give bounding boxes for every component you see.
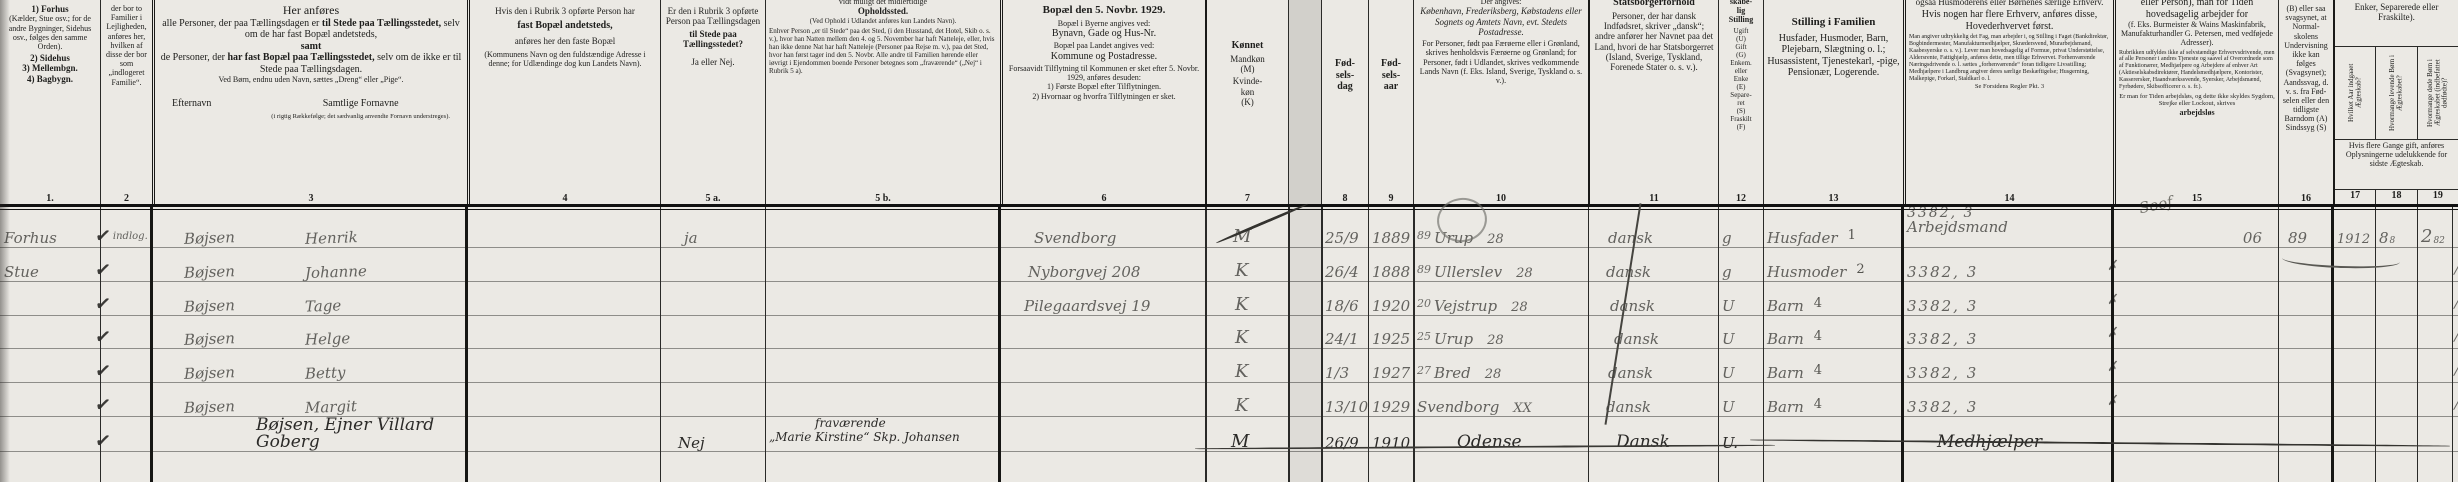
- cell-name: BøjsenJohanne: [152, 248, 467, 281]
- col12-l3: Gift: [1722, 43, 1760, 51]
- marriage-group-note: Hvis flere Gange gift, anføres Oplysning…: [2335, 139, 2458, 189]
- col-2-header-lodger-family: der bor to Familier i Lejligheden, anfør…: [100, 0, 152, 205]
- checkmark: ✓: [94, 226, 112, 247]
- cell-marital: g: [1718, 210, 1763, 247]
- cell-family-check: ✓: [100, 248, 152, 281]
- col4-l4: (Kommunens Navn og den fuldstændige Adre…: [473, 50, 657, 68]
- col4-l2: fast Bopæl andetsteds,: [473, 20, 657, 32]
- col5a-l1: Er den i Rubrik 3 opførte Person paa Tæl…: [664, 6, 762, 27]
- cell-birthyear: 1920: [1368, 282, 1413, 315]
- cell-birthplace: Odense: [1413, 417, 1588, 452]
- cell-occupation-code: 3382, 3✗: [1903, 248, 2113, 281]
- col1-number: 1.: [0, 193, 100, 205]
- col5b-l2: (Ved Ophold i Udlandet anføres kun Lande…: [769, 17, 997, 25]
- column-line: [1718, 205, 1719, 482]
- census-form-sheet: 1) Forhus (Kælder, Stue osv.; for de and…: [0, 0, 2458, 482]
- col17-rotated-label: Hvilket Aar indgaaet Ægteskab?: [2335, 47, 2375, 139]
- col13-title: Stilling i Familien: [1767, 16, 1900, 29]
- column-line: [2278, 205, 2279, 482]
- col10-number: 10: [1414, 193, 1588, 205]
- lodger-note: indlog.: [113, 232, 148, 242]
- cell-citizenship: dansk: [1588, 248, 1718, 281]
- cell-address: Nyborgvej 208: [1000, 248, 1205, 281]
- cell-sex: K: [1205, 316, 1288, 348]
- cell-family-position: Barn4: [1763, 282, 1903, 315]
- cell-marriage-year: 1912: [2333, 210, 2375, 247]
- cell-citizenship: dansk: [1588, 316, 1718, 348]
- col3-l4b: har fast Bopæl paa Tællingsstedet,: [227, 52, 374, 63]
- col-11-header-citizenship: Statsborgerforhold Personer, der har dan…: [1588, 0, 1718, 205]
- checkmark: ✓: [94, 361, 112, 382]
- col11-title: Statsborgerforhold: [1593, 0, 1715, 9]
- col8-number: 8: [1322, 193, 1368, 205]
- cell-occupation-code: 3382, 3✗: [1903, 282, 2113, 315]
- col9-number: 9: [1369, 193, 1413, 205]
- col-8-header-birthday: Fød- sels- dag 8: [1321, 0, 1368, 205]
- col-14-header-occupation: ogsaa Husmoderens eller Børnenes særlige…: [1903, 0, 2113, 205]
- col6-title: Bopæl den 5. Novbr. 1929.: [1006, 4, 1202, 17]
- col11-l1: Personer, der har dansk Indfødsret, skri…: [1593, 11, 1715, 73]
- cell-family-position: Husfader1: [1763, 210, 1903, 247]
- form-header: 1) Forhus (Kælder, Stue osv.; for de and…: [0, 0, 2458, 205]
- cell-family-check: ✓: [100, 417, 152, 452]
- cell-name: BøjsenHelge: [152, 316, 467, 348]
- table-row: [0, 452, 2458, 482]
- col-7-header-sex: Kønnet Mandkøn (M) Kvinde- køn (K) 7: [1205, 0, 1288, 205]
- col12-l11: (S): [1722, 107, 1760, 115]
- column-line: [2452, 205, 2453, 482]
- col-4-header-permanent-residence: Hvis den i Rubrik 3 opførte Person har f…: [467, 0, 660, 205]
- cell-birthyear: 1889: [1368, 210, 1413, 247]
- col7-l4: køn: [1210, 87, 1285, 97]
- col12-l6: eller: [1722, 67, 1760, 75]
- col14-fine: Man angiver udtrykkelig det Fag, man arb…: [1909, 34, 2110, 82]
- checkmark: ✓: [94, 327, 112, 348]
- col7-l2: (M): [1210, 64, 1285, 74]
- col-12-header-marital-status: skabe- lig Stilling Ugift (U) Gift (G) E…: [1718, 0, 1763, 205]
- col11-number: 11: [1590, 193, 1718, 205]
- table-row: Forhus ✓indlog. BøjsenHenrik ja Svendbor…: [0, 210, 2458, 248]
- cell-citizenship: Dansk: [1588, 417, 1718, 452]
- cell-birthplace: 89Urup28: [1413, 210, 1588, 247]
- cell-sex: K: [1205, 383, 1288, 416]
- spacer-column-shading: [1288, 0, 1321, 482]
- cell-citizenship: dansk: [1588, 383, 1718, 416]
- col13-l1: Husfader, Husmoder, Barn, Plejebarn, Slæ…: [1767, 33, 1900, 79]
- col14-number: 14: [1906, 193, 2113, 205]
- col6-l2: Bynavn, Gade og Hus-Nr.: [1006, 28, 1202, 40]
- col12-l2: (U): [1722, 35, 1760, 43]
- col-5b-header-whereabouts: vidt muligt det midlertidige Opholdssted…: [765, 0, 1000, 205]
- cell-address: Pilegaardsvej 19: [1000, 282, 1205, 315]
- column-line: [1321, 205, 1323, 482]
- table-row: Stue ✓ BøjsenJohanne Nyborgvej 208 K 26/…: [0, 248, 2458, 282]
- column-line: [1368, 205, 1369, 482]
- checkmark: ✓: [94, 395, 112, 416]
- column-line: [1763, 205, 1764, 482]
- cell-birthyear: 1910: [1368, 417, 1413, 452]
- cell-name: Bøjsen, Ejner Villard Goberg: [152, 417, 467, 452]
- table-row: ✓ BøjsenHelge K 24/1 1925 25Urup28 dansk…: [0, 316, 2458, 349]
- cell-birthday: 18/6: [1321, 282, 1368, 315]
- col9-l2: sels-: [1372, 70, 1410, 82]
- marriage-group-title: Enker, Separerede eller Fraskilte).: [2335, 0, 2458, 46]
- col12-l7: Enke: [1722, 75, 1760, 83]
- column-line: [2417, 205, 2418, 482]
- cell-building: Stue: [0, 248, 100, 281]
- column-line: [998, 205, 1001, 482]
- cell-family-position: Barn4: [1763, 349, 1903, 382]
- col5b-number: 5 b.: [766, 193, 1000, 205]
- col3-children-note: Ved Børn, endnu uden Navn, sættes „Dreng…: [158, 75, 464, 84]
- cell-sex: K: [1205, 349, 1288, 382]
- checkmark: ✓: [94, 260, 112, 281]
- col3-l2a: alle Personer, der paa Tællingsdagen er: [162, 18, 322, 29]
- col15-l1: eller Person), man for Tiden hovedsageli…: [2119, 0, 2275, 20]
- col7-l3: Kvinde-: [1210, 76, 1285, 86]
- cell-name: BøjsenTage: [152, 282, 467, 315]
- cell-family-position: Husmoder2: [1763, 248, 1903, 281]
- cell-employer: 06: [2113, 210, 2278, 247]
- col15-bold-word: arbejdsløs: [2119, 108, 2275, 117]
- col14-l2: Hvis nogen har flere Erhverv, anføres di…: [1909, 9, 2110, 32]
- col3-samt: samt: [158, 41, 464, 53]
- col-6-header-address: Bopæl den 5. Novbr. 1929. Bopæl i Byerne…: [1000, 0, 1205, 205]
- column-line: [1205, 205, 1207, 482]
- cell-family-check: ✓: [100, 349, 152, 382]
- col3-l4a: de Personer, der: [161, 52, 228, 63]
- col3-l2b: til Stede paa Tællingsstedet,: [322, 18, 441, 29]
- col3-number: 3: [155, 193, 467, 205]
- column-line: [2331, 205, 2334, 482]
- checkmark: ✓: [94, 294, 112, 315]
- pencil-slash-mark: /: [2452, 365, 2458, 379]
- column-line: [765, 205, 766, 482]
- col14-fine2: Se Forsidens Regler Pkt. 3: [1909, 83, 2110, 90]
- cell-birthplace: 27Bred28: [1413, 349, 1588, 382]
- column-line: [150, 205, 153, 482]
- col5a-number: 5 a.: [661, 193, 765, 205]
- cell-birthplace: 25Urup28: [1413, 316, 1588, 348]
- col3-title: Her anføres: [158, 4, 464, 18]
- cell-name: BøjsenMargit: [152, 383, 467, 416]
- column-line: [1413, 205, 1415, 482]
- cell-marital: U: [1718, 349, 1763, 382]
- cell-family-position: Barn4: [1763, 383, 1903, 416]
- cell-sex: K: [1205, 282, 1288, 315]
- column-line: [2111, 205, 2114, 482]
- col4-l3: anføres her den faste Bopæl: [473, 36, 657, 46]
- col14-l1: ogsaa Husmoderens eller Børnenes særlige…: [1909, 0, 2110, 7]
- column-line: [465, 205, 468, 482]
- cell-birthplace: SvendborgXX: [1413, 383, 1588, 416]
- cell-present: ja: [660, 210, 765, 247]
- col13-number: 13: [1764, 193, 1903, 205]
- col5b-l3: Enhver Person „er til Stede“ paa det Ste…: [769, 27, 997, 75]
- col12-l1: Ugift: [1722, 27, 1760, 35]
- col6-l1: Bopæl i Byerne angives ved:: [1006, 19, 1202, 28]
- col-5a-header-present: Er den i Rubrik 3 opførte Person paa Tæl…: [660, 0, 765, 205]
- col17-number: 17: [2335, 190, 2375, 205]
- cell-children-living: 88: [2375, 210, 2417, 247]
- cell-occupation: Medhjælper: [1903, 417, 2113, 452]
- checkmark: ✓: [94, 431, 112, 452]
- cell-marital: U.: [1718, 417, 1763, 452]
- col15-fine3: Er man for Tiden arbejdsløs, og dette ik…: [2119, 93, 2275, 108]
- col12-number: 12: [1719, 193, 1763, 205]
- cell-birthday: 25/9: [1321, 210, 1368, 247]
- col15-l2: (f. Eks. Burmeister & Wains Maskinfabrik…: [2119, 20, 2275, 48]
- col7-l5: (K): [1210, 97, 1285, 107]
- column-line: [100, 205, 101, 482]
- pencil-slash-mark: /: [2452, 264, 2458, 278]
- cell-building: Forhus: [0, 210, 100, 247]
- cell-disability: 89: [2278, 210, 2333, 247]
- col6-number: 6: [1003, 193, 1205, 205]
- col-3-header-names: Her anføres alle Personer, der paa Tælli…: [152, 0, 467, 205]
- cell-family-check: ✓: [100, 383, 152, 416]
- column-line: [660, 205, 661, 482]
- col7-title: Kønnet: [1210, 40, 1285, 52]
- col1-title: 1) Forhus: [3, 4, 97, 14]
- col1-item4: 4) Bagbygn.: [3, 74, 97, 84]
- col1-sub: (Kælder, Stue osv.; for de andre Bygning…: [3, 14, 97, 51]
- col8-l3: dag: [1325, 81, 1365, 93]
- cell-whereabouts: fraværende„Marie Kirstine“ Skp. Johansen: [765, 417, 1000, 452]
- col12-l9: Separe-: [1722, 91, 1760, 99]
- cell-birthday: 13/10: [1321, 383, 1368, 416]
- cell-sex: M: [1205, 210, 1288, 247]
- col10-l1: København, Frederiksberg, Købstadens ell…: [1417, 6, 1585, 37]
- col12-t3: Stilling: [1722, 15, 1760, 24]
- col-13-header-family-position: Stilling i Familien Husfader, Husmoder, …: [1763, 0, 1903, 205]
- col12-l8: (E): [1722, 83, 1760, 91]
- cell-citizenship: dansk: [1588, 210, 1718, 247]
- col-16-header-disabilities: (B) eller saa svagsynet, at Normal­skole…: [2278, 0, 2333, 205]
- col19-number: 19: [2417, 190, 2458, 205]
- col-15-header-employer: eller Person), man for Tiden hovedsageli…: [2113, 0, 2278, 205]
- cell-marital: U: [1718, 316, 1763, 348]
- col1-item2: 2) Sidehus: [3, 53, 97, 63]
- cell-name: BøjsenHenrik: [152, 210, 467, 247]
- col7-l1: Mandkøn: [1210, 54, 1285, 64]
- cell-sex: K: [1205, 248, 1288, 281]
- entries-area: Forhus ✓indlog. BøjsenHenrik ja Svendbor…: [0, 210, 2458, 482]
- cell-occupation-code: 3382, 3✗: [1903, 383, 2113, 416]
- col6-l4: Kommune og Postadresse.: [1006, 51, 1202, 63]
- col8-l1: Fød-: [1325, 58, 1365, 70]
- column-line: [1588, 205, 1589, 482]
- col16-number: 16: [2279, 193, 2333, 205]
- col6-l5: Forsaavidt Tilflytning til Kommunen er s…: [1006, 64, 1202, 82]
- table-row: ✓ BøjsenBetty K 1/3 1927 27Bred28 dansk …: [0, 349, 2458, 383]
- cell-occupation: 3382, 3ArbejdsmandSoof: [1903, 210, 2113, 247]
- col5a-l2: til Stede paa Tællingsstedet?: [664, 29, 762, 50]
- firstnames-label: Samtlige Fornavne: [323, 98, 399, 109]
- col-10-header-birthplace: Der angives: København, Frederiksberg, K…: [1413, 0, 1588, 205]
- cell-marital: U: [1718, 383, 1763, 416]
- col4-l1: Hvis den i Rubrik 3 opførte Person har: [473, 6, 657, 16]
- header-divider-thick: [0, 204, 2458, 207]
- cell-family-check: ✓indlog.: [100, 210, 152, 247]
- cell-birthday: 24/1: [1321, 316, 1368, 348]
- firstnames-sub: (i rigtig Rækkefølge; det sædvanlig anve…: [271, 113, 450, 120]
- col9-l1: Fød-: [1372, 58, 1410, 70]
- cell-birthday: 26/4: [1321, 248, 1368, 281]
- col19-rotated-label: Hvormange døde Børn i Ægteskabet (indbe­…: [2417, 47, 2458, 139]
- col4-number: 4: [470, 193, 660, 205]
- col12-l10: ret: [1722, 99, 1760, 107]
- cell-birthyear: 1929: [1368, 383, 1413, 416]
- col12-l12: Fraskilt: [1722, 115, 1760, 123]
- col18-rotated-label: Hvormange levende Børn i Ægteskabet?: [2375, 47, 2416, 139]
- cell-name: BøjsenBetty: [152, 349, 467, 382]
- col-9-header-birthyear: Fød- sels- aar 9: [1368, 0, 1413, 205]
- col8-l2: sels-: [1325, 70, 1365, 82]
- table-row: ✓ Bøjsen, Ejner Villard Goberg Nej fravæ…: [0, 417, 2458, 452]
- cell-family-position: Barn4: [1763, 316, 1903, 348]
- cell-birthplace: 89Ullerslev28: [1413, 248, 1588, 281]
- column-line: [2375, 205, 2376, 482]
- cell-birthyear: 1927: [1368, 349, 1413, 382]
- cell-address: Svendborg: [1000, 210, 1205, 247]
- cell-present: Nej: [660, 417, 765, 452]
- col12-l13: (F): [1722, 123, 1760, 131]
- table-row: ✓ BøjsenMargit K 13/10 1929 SvendborgXX …: [0, 383, 2458, 417]
- col9-l3: aar: [1372, 81, 1410, 93]
- col10-l2: For Personer, født paa Færøerne eller i …: [1417, 39, 1585, 85]
- cell-birthday: 26/9: [1321, 417, 1368, 452]
- cell-occupation-code: 3382, 3✗: [1903, 349, 2113, 382]
- cell-birthyear: 1888: [1368, 248, 1413, 281]
- pencil-slash-mark: /: [2452, 331, 2458, 345]
- col5a-l3: Ja eller Nej.: [664, 57, 762, 67]
- col1-item3: 3) Mellembgn.: [3, 63, 97, 73]
- pencil-slash-mark: /: [2452, 399, 2458, 413]
- col7-number: 7: [1207, 193, 1288, 205]
- cell-citizenship: dansk: [1588, 349, 1718, 382]
- col18-number: 18: [2375, 190, 2416, 205]
- column-line: [1901, 205, 1904, 482]
- column-line: [1288, 205, 1290, 482]
- col12-t2: lig: [1722, 6, 1760, 15]
- pencil-slash-mark: /: [2452, 298, 2458, 312]
- col5b-title: Opholdssted.: [769, 6, 997, 16]
- header-divider-thin: [0, 209, 2458, 210]
- col-1-header-building: 1) Forhus (Kælder, Stue osv.; for de and…: [0, 0, 100, 205]
- col6-l6: 1) Første Bopæl efter Tilflytningen.: [1006, 82, 1202, 91]
- col6-l3: Bopæl paa Landet angives ved:: [1006, 41, 1202, 50]
- cell-birthday: 1/3: [1321, 349, 1368, 382]
- col16-text: (B) eller saa svagsynet, at Normal­skole…: [2282, 4, 2330, 133]
- cell-occupation-code: 3382, 3✗: [1903, 316, 2113, 348]
- col2-number: 2: [101, 193, 152, 205]
- cell-sex: M: [1205, 417, 1288, 452]
- col12-l4: (G): [1722, 51, 1760, 59]
- surname-label: Efternavn: [172, 98, 211, 121]
- cell-birthplace: 20Vejstrup28: [1413, 282, 1588, 315]
- table-row: ✓ BøjsenTage Pilegaardsvej 19 K 18/6 192…: [0, 282, 2458, 316]
- col2-text: der bor to Familier i Lejligheden, anfør…: [104, 4, 149, 87]
- col6-l7: 2) Hvornaar og hvorfra Tilflytningen er …: [1006, 92, 1202, 101]
- cell-birthyear: 1925: [1368, 316, 1413, 348]
- cell-marital: g: [1718, 248, 1763, 281]
- cell-marital: U: [1718, 282, 1763, 315]
- col-17-19-header-marriage-group: Enker, Separerede eller Fraskilte). Hvil…: [2333, 0, 2458, 205]
- cell-family-check: ✓: [100, 316, 152, 348]
- col12-l5: Enkem.: [1722, 59, 1760, 67]
- col15-fine: Rubrikken udfyldes ikke af selvstændige …: [2119, 50, 2275, 91]
- cell-citizenship: dansk: [1588, 282, 1718, 315]
- cell-family-check: ✓: [100, 282, 152, 315]
